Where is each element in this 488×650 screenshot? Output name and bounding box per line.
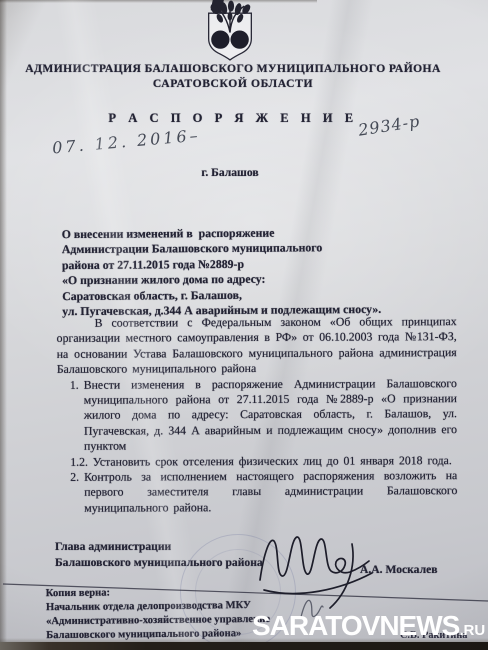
saratovnews-watermark: SARATOVNEWS.RU — [252, 610, 485, 642]
signature-scrawl — [256, 528, 376, 613]
watermark-suffix: .RU — [459, 622, 485, 639]
document-photo: АДМИНИСТРАЦИЯ БАЛАШОВСКОГО МУНИЦИПАЛЬНОГ… — [0, 0, 488, 650]
watermark-text: SARATOVNEWS — [252, 610, 459, 641]
photo-bottom-edge — [0, 642, 488, 650]
separator-line — [0, 0, 488, 610]
